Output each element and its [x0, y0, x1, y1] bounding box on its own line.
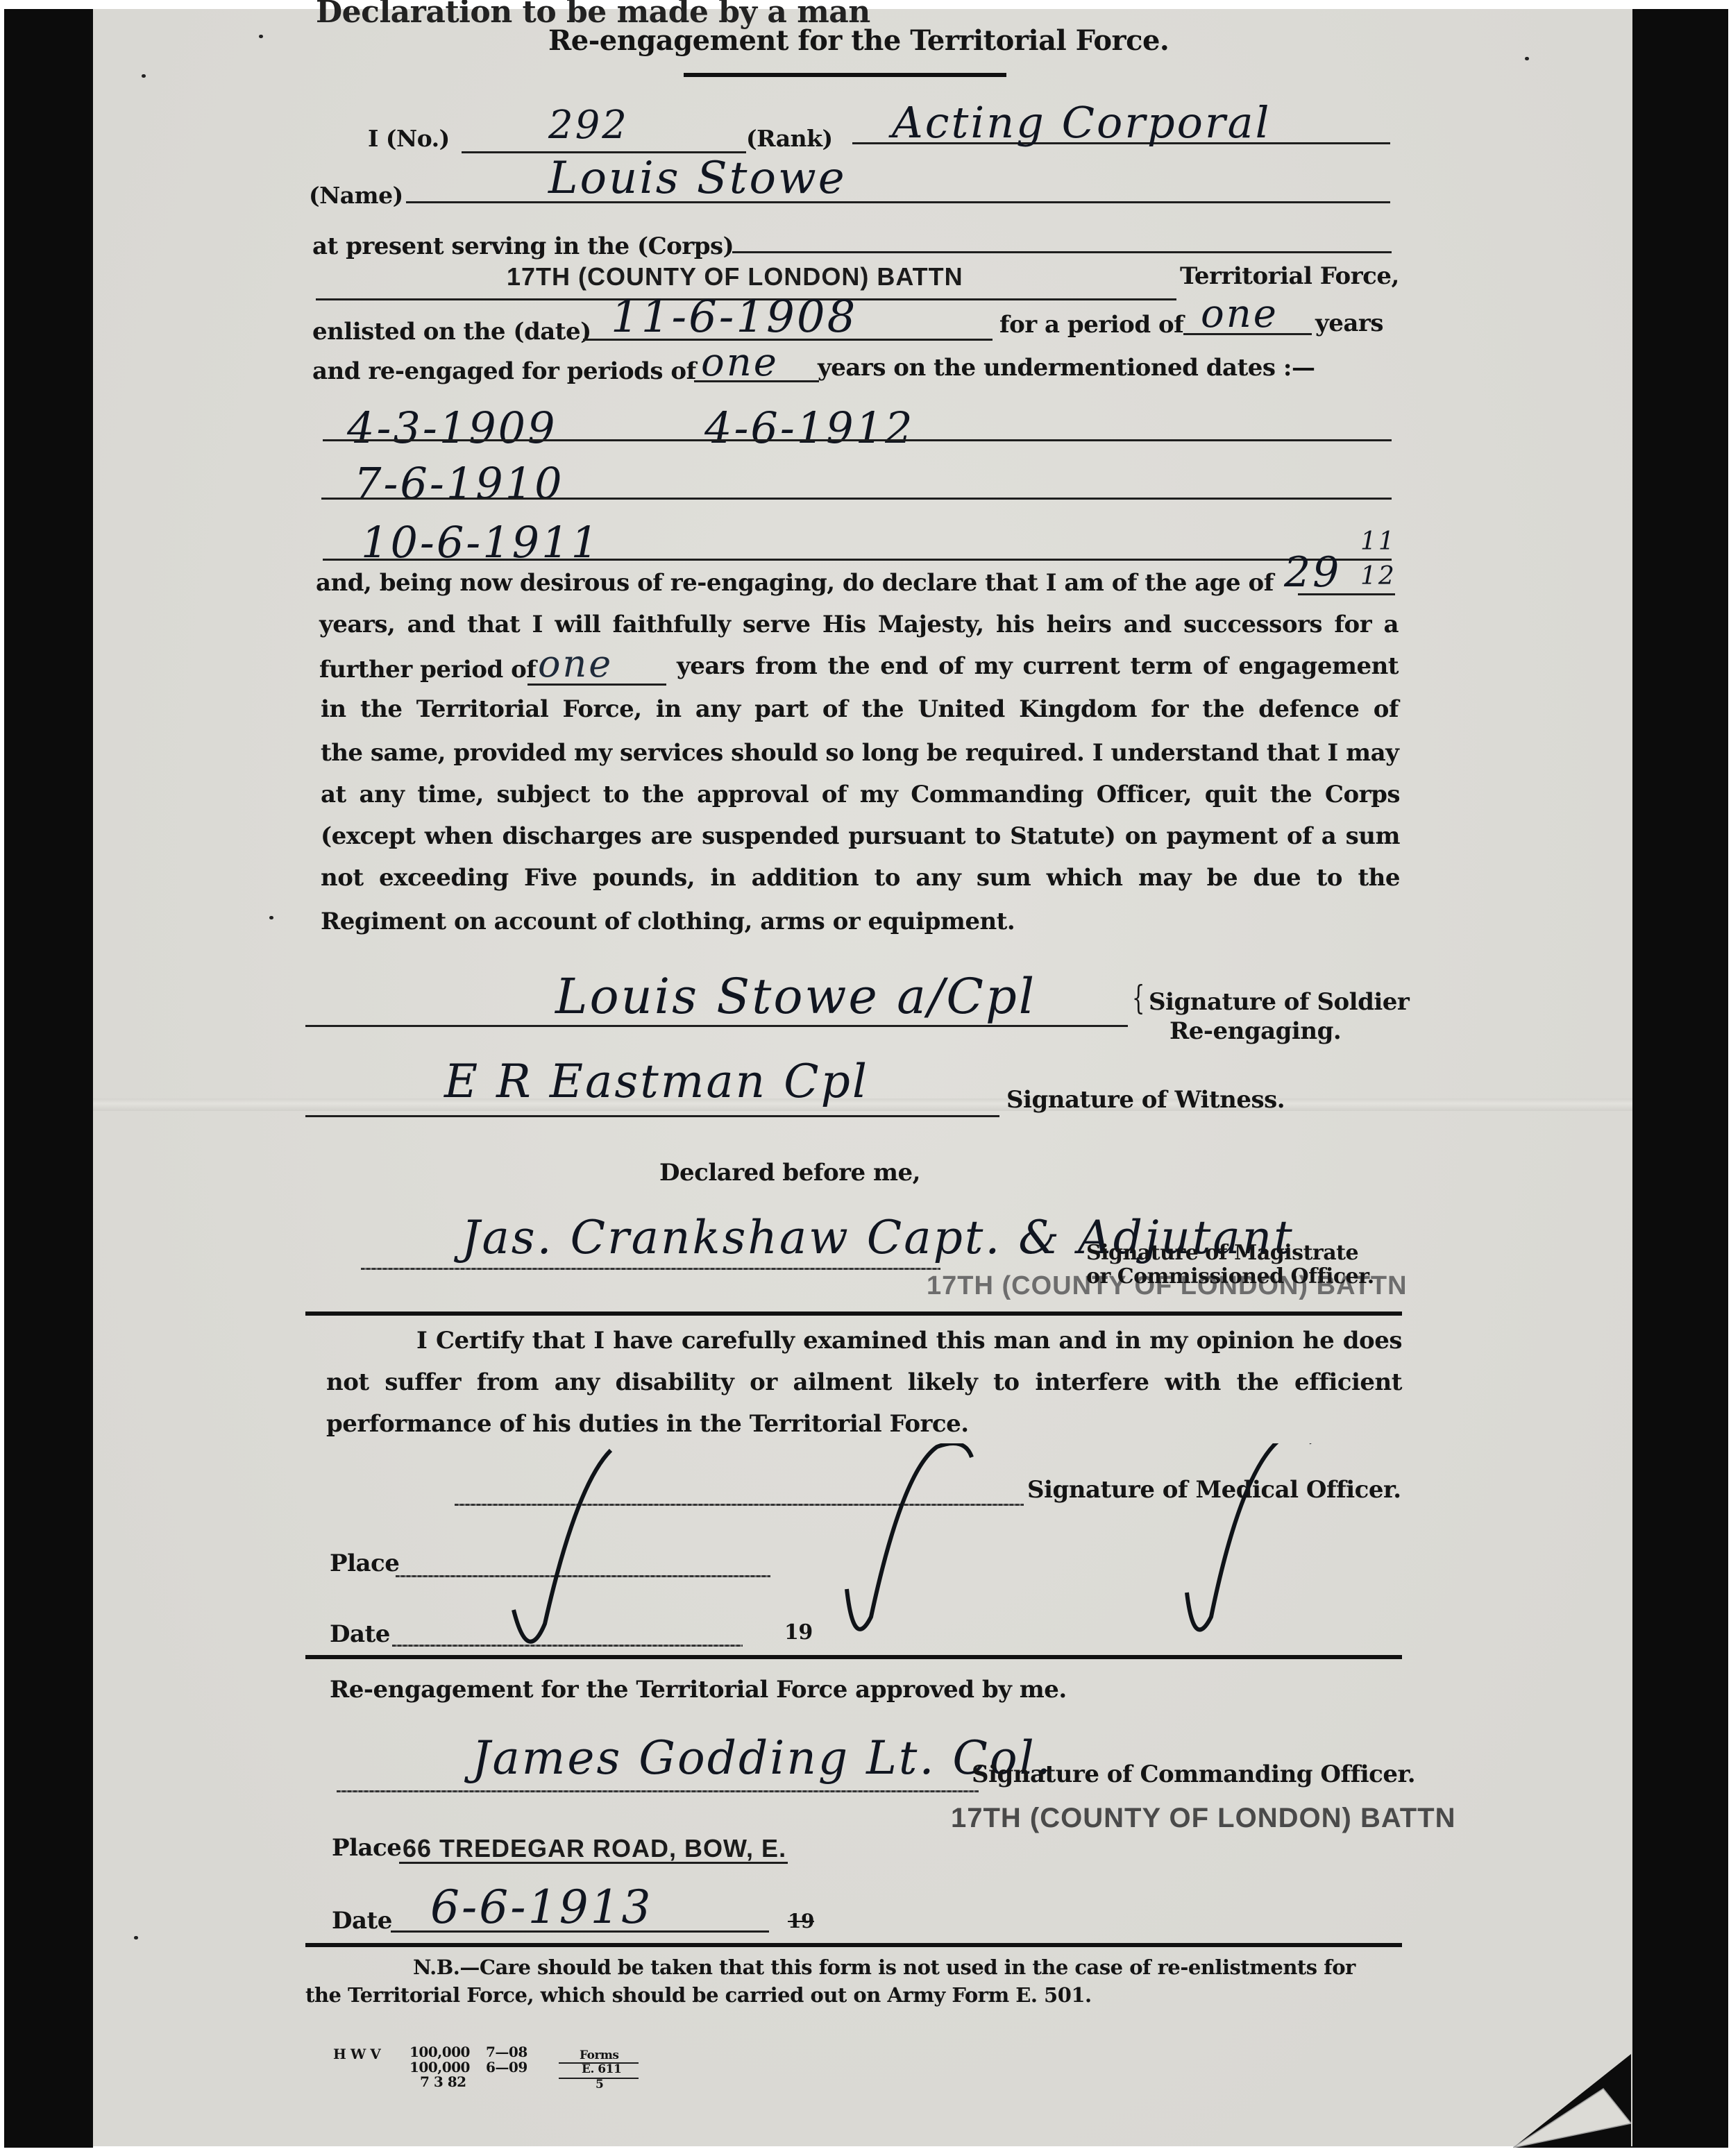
declaration-line-7: (except when discharges are suspended pu… [321, 822, 1400, 850]
commanding-officer-signature-line [337, 1790, 979, 1792]
soldier-name: Louis Stowe [548, 153, 847, 204]
commanding-officer-signature: James Godding Lt. Col. [472, 1731, 1053, 1785]
title-underline [684, 73, 1006, 77]
scan-background-right [1628, 9, 1728, 2148]
declaration-line-6: at any time, subject to the approval of … [321, 781, 1400, 808]
section-divider-2 [305, 1655, 1402, 1659]
approval-year-prefix: 19 [788, 1910, 814, 1933]
magistrate-label-2: or Commissioned Officer. [1086, 1264, 1374, 1289]
imprint-job-number: 7 3 82 [420, 2073, 466, 2090]
medical-place-label: Place [330, 1550, 399, 1577]
imprint-forms-label: Forms [580, 2048, 619, 2062]
scan-speck [259, 35, 263, 38]
note-line-2: the Territorial Force, which should be c… [305, 1983, 1092, 2007]
further-period-suffix: years from the end of my current term of… [677, 652, 1399, 680]
declaration-line-5: the same, provided my services should so… [321, 739, 1399, 767]
period-value: one [1201, 291, 1278, 337]
no-label: I (No.) [368, 125, 450, 152]
enlisted-date: 11-6-1908 [611, 291, 857, 343]
magistrate-label-1: Signature of Magistrate [1086, 1241, 1358, 1265]
soldier-number: 292 [548, 103, 629, 148]
witness-signature-line [305, 1115, 999, 1117]
enlisted-label: enlisted on the (date) [312, 318, 591, 346]
section-divider-3 [305, 1943, 1402, 1947]
witness-signature-label: Signature of Witness. [1006, 1086, 1285, 1114]
name-label: (Name) [309, 182, 403, 209]
further-period-value: one [538, 642, 613, 686]
reengaged-suffix: years on the undermentioned dates :— [818, 354, 1315, 382]
medical-certify-line-1: I Certify that I have carefully examined… [416, 1327, 1402, 1355]
folded-corner [1513, 2054, 1631, 2148]
years-label: years [1315, 309, 1383, 337]
approval-text: Re-engagement for the Territorial Force … [330, 1676, 1067, 1704]
scan-speck [134, 1936, 138, 1939]
imprint-run2-date: 6—09 [486, 2059, 527, 2076]
imprint-sheet: 5 [596, 2078, 603, 2091]
medical-certify-line-2: not suffer from any disability or ailmen… [326, 1368, 1402, 1396]
witness-signature: E R Eastman Cpl [444, 1055, 869, 1108]
imprint-printer: H W V [333, 2046, 380, 2062]
soldier-signature-label-1: Signature of Soldier [1149, 988, 1409, 1016]
section-divider-1 [305, 1312, 1402, 1316]
corps-field-line [732, 251, 1392, 253]
form-title: Re-engagement for the Territorial Force. [548, 24, 1169, 57]
soldier-rank: Acting Corporal [892, 97, 1271, 148]
reengagement-date-1: 4-3-1909 [347, 402, 557, 453]
approval-place-line [399, 1862, 788, 1864]
scan-speck [1525, 57, 1529, 60]
declared-before-me: Declared before me, [659, 1159, 920, 1187]
reengagement-date-3: 7-6-1910 [354, 458, 564, 509]
imprint-run1-qty: 100,000 [409, 2044, 470, 2060]
imprint-form-number: E. 611 [582, 2062, 621, 2076]
territorial-force-label: Territorial Force, [1180, 262, 1399, 290]
declaration-line-8: not exceeding Five pounds, in addition t… [321, 864, 1400, 892]
dates-line-3 [323, 559, 1392, 561]
note-line-1: N.B.—Care should be taken that this form… [413, 1955, 1356, 1979]
dates-line-1 [323, 439, 1392, 441]
reengaged-label: and re-engaged for periods of [312, 357, 696, 385]
commanding-officer-unit-stamp: 17TH (COUNTY OF LONDON) BATTN [951, 1803, 1456, 1834]
soldier-signature-line [305, 1025, 1128, 1027]
soldier-signature-label-2: Re-engaging. [1170, 1017, 1341, 1045]
scan-background-left [4, 9, 93, 2148]
scan-speck [269, 916, 273, 919]
dates-line-2 [321, 498, 1392, 500]
cancellation-strokes [486, 1443, 1388, 1652]
period-label: for a period of [999, 311, 1183, 339]
age-prefix: and, being now desirous of re-engaging, … [316, 569, 1274, 597]
approval-date-label: Date [332, 1907, 392, 1935]
declaration-line-4: in the Territorial Force, in any part of… [321, 695, 1399, 723]
age-months-denominator: 12 [1360, 562, 1396, 591]
corps-label: at present serving in the (Corps) [312, 232, 734, 260]
rank-label: (Rank) [746, 125, 833, 152]
medical-date-label: Date [330, 1620, 390, 1648]
medical-certify-line-3: performance of his duties in the Territo… [326, 1410, 969, 1438]
further-period-prefix: further period of [319, 656, 536, 684]
imprint-run1-date: 7—08 [486, 2044, 527, 2060]
commanding-officer-label: Signature of Commanding Officer. [972, 1760, 1415, 1788]
reengaged-period: one [701, 340, 779, 385]
age-months-numerator: 11 [1360, 527, 1396, 556]
magistrate-signature-line [361, 1268, 940, 1270]
approval-date-value: 6-6-1913 [430, 1881, 653, 1934]
age-years: 29 [1284, 548, 1341, 597]
scan-speck [142, 74, 146, 78]
declaration-line-2: years, and that I will faithfully serve … [319, 611, 1399, 638]
brace: { [1132, 978, 1145, 1017]
declaration-line-9: Regiment on account of clothing, arms or… [321, 908, 1015, 935]
approval-place-label: Place [332, 1834, 401, 1862]
reengagement-date-2: 4-6-1912 [704, 402, 915, 453]
soldier-signature: Louis Stowe a/Cpl [555, 968, 1036, 1025]
approval-place-value: 66 TREDEGAR ROAD, BOW, E. [403, 1834, 786, 1863]
corps-stamp: 17TH (COUNTY OF LONDON) BATTN [507, 262, 963, 291]
